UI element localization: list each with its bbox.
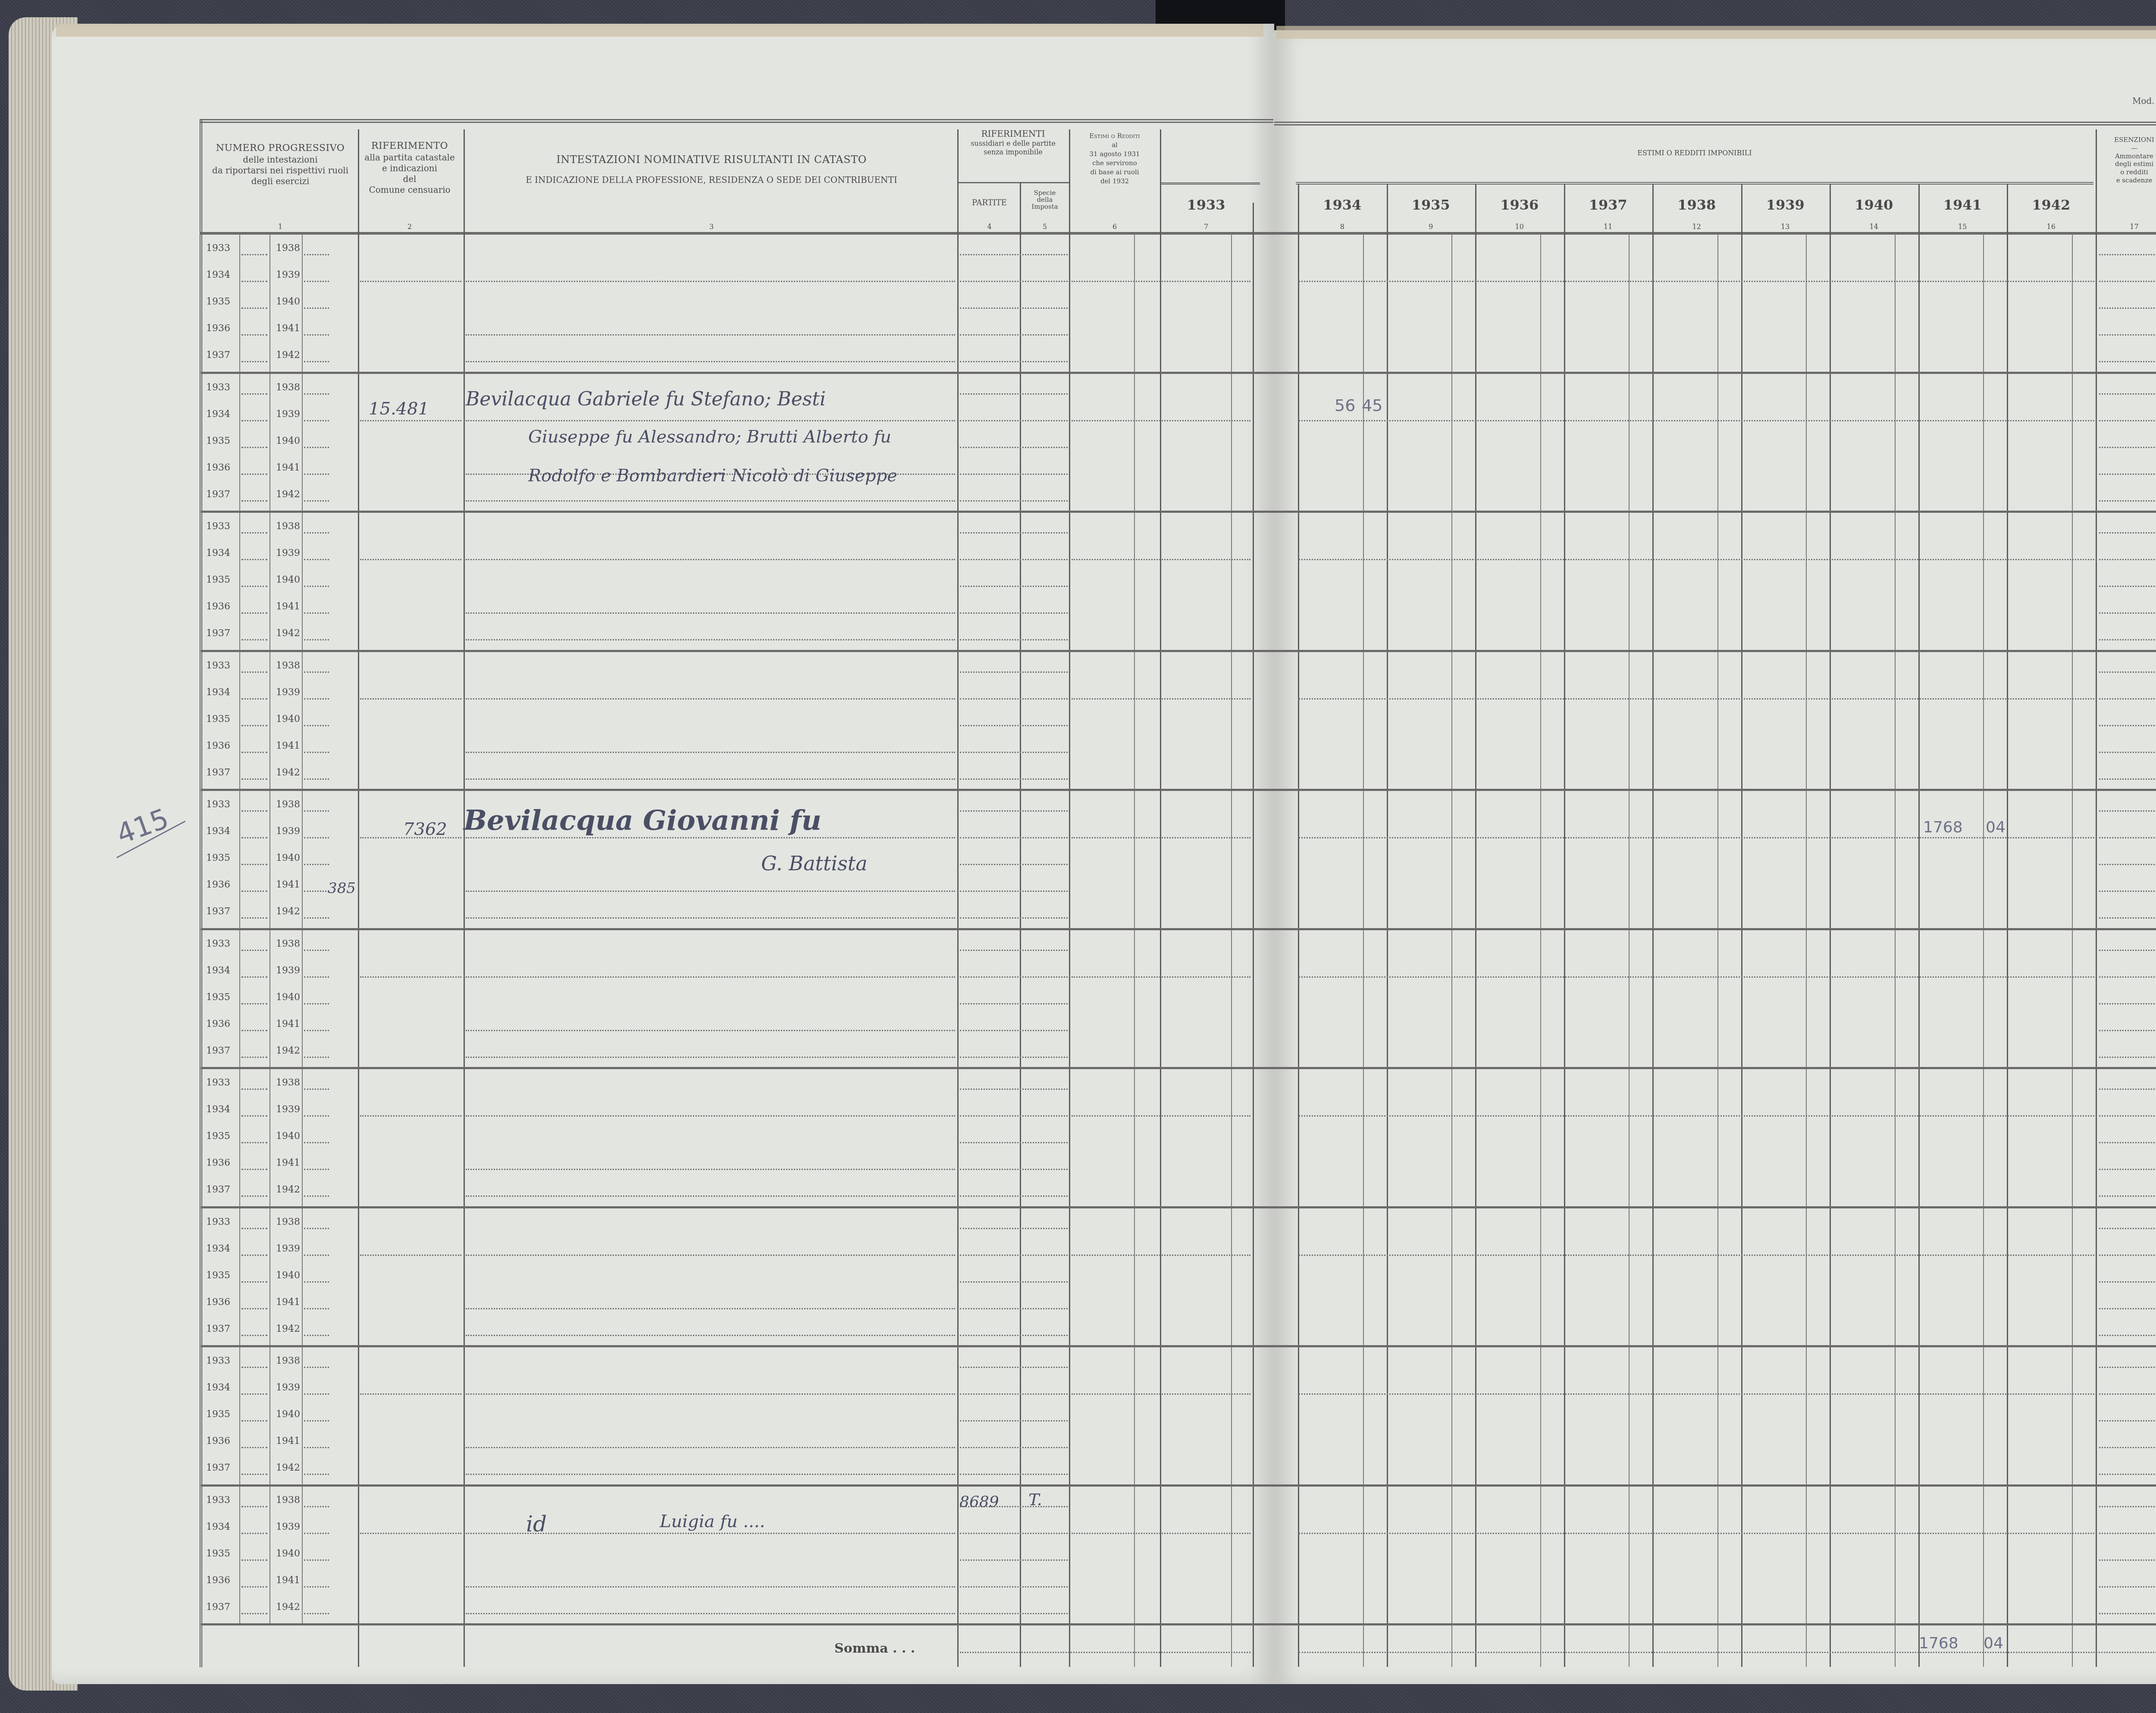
esenzioni-dotted-line: [2099, 474, 2156, 475]
value-dotted-line: [1072, 281, 1250, 282]
row-year-label: 1940: [276, 1409, 300, 1420]
ref-dotted-line: [360, 1255, 461, 1256]
year-dotted-line: [241, 1367, 267, 1368]
year-dotted-line: [241, 1057, 267, 1058]
name-dotted-line: [466, 1474, 955, 1475]
year-dotted-line: [241, 1255, 267, 1256]
row-year-label: 1937: [206, 489, 230, 500]
name-dotted-line: [466, 1613, 955, 1614]
value-dotted-line: [1299, 1115, 2094, 1117]
row-year-label: 1936: [206, 1158, 230, 1168]
ref-dotted-line: [960, 725, 1068, 726]
row-year-label: 1934: [206, 270, 230, 280]
row-year-label: 1941: [276, 1436, 300, 1446]
year-dotted-line: [241, 361, 267, 362]
name-dotted-line: [466, 698, 955, 700]
ref-dotted-line: [960, 917, 1068, 919]
row-year-label: 1940: [276, 992, 300, 1003]
year-dotted-line: [241, 950, 267, 951]
row-year-label: 1942: [276, 1602, 300, 1613]
row-year-label: 1934: [206, 1382, 230, 1393]
year-column-divider: [1918, 185, 1920, 1667]
ref-dotted-line: [960, 837, 1068, 838]
year-dotted-line: [241, 586, 267, 587]
esenzioni-dotted-line: [2099, 1195, 2156, 1197]
cents-divider: [2072, 233, 2073, 1667]
form-model-label: Mod. 111 - Imposte Dirette (Intercalare)…: [2132, 96, 2156, 106]
year-dotted-line: [304, 254, 329, 255]
row-year-label: 1938: [276, 938, 300, 949]
subcolumn-divider: [1134, 1624, 1135, 1667]
cents-divider: [1629, 233, 1630, 1667]
name-dotted-line: [466, 778, 955, 780]
header-col45-divider: [958, 182, 1069, 183]
header-year-1941: 1941: [1918, 196, 2007, 213]
year-dotted-line: [241, 917, 267, 919]
year-dotted-line: [304, 1586, 329, 1588]
block-separator: [201, 1484, 2156, 1487]
name-dotted-line: [466, 1115, 955, 1117]
year-dotted-line: [241, 1142, 267, 1143]
row-year-label: 1933: [206, 1217, 230, 1227]
ref-dotted-line: [960, 1228, 1068, 1229]
year-dotted-line: [241, 500, 267, 502]
year-dotted-line: [241, 837, 267, 838]
esenzioni-dotted-line: [2099, 1281, 2156, 1283]
row-year-label: 1940: [276, 1270, 300, 1281]
value-dotted-line: [1299, 559, 2094, 560]
name-dotted-line: [466, 752, 955, 753]
name-dotted-line: [466, 334, 955, 336]
header-bottom-rule: [200, 232, 2156, 235]
name-dotted-line: [466, 361, 955, 362]
row-year-label: 1939: [276, 965, 300, 976]
year-dotted-line: [241, 810, 267, 812]
year-dotted-line: [241, 671, 267, 673]
year-dotted-line: [241, 1533, 267, 1534]
row-year-label: 1934: [206, 1522, 230, 1532]
year-dotted-line: [304, 1195, 329, 1197]
ref-dotted-line: [960, 1586, 1068, 1588]
ref-dotted-line: [960, 1420, 1068, 1421]
row-year-label: 1941: [276, 740, 300, 751]
esenzioni-dotted-line: [2099, 334, 2156, 336]
esenzioni-dotted-line: [2099, 1228, 2156, 1229]
ref-dotted-line: [960, 586, 1068, 587]
esenzioni-dotted-line: [2099, 671, 2156, 673]
esenzioni-dotted-line: [2099, 837, 2156, 838]
year-dotted-line: [304, 612, 329, 614]
ref-dotted-line: [960, 671, 1068, 673]
cents-divider: [1806, 233, 1807, 1667]
entry1-1934-cents: 45: [1362, 396, 1382, 415]
name-dotted-line: [466, 1030, 955, 1031]
row-year-label: 1935: [206, 1548, 230, 1559]
year-dotted-line: [304, 917, 329, 919]
row-year-label: 1933: [206, 799, 230, 810]
cents-divider: [1983, 233, 1984, 1667]
esenzioni-dotted-line: [2099, 1089, 2156, 1090]
ref-dotted-line: [960, 1281, 1068, 1283]
year-dotted-line: [304, 420, 329, 421]
year-dotted-line: [304, 1255, 329, 1256]
name-dotted-line: [466, 1057, 955, 1058]
header-col-num-8: 8: [1298, 223, 1387, 231]
row-year-label: 1933: [206, 521, 230, 532]
year-dotted-line: [304, 1447, 329, 1448]
ref-dotted-line: [960, 1559, 1068, 1561]
year-dotted-line: [241, 254, 267, 255]
row-year-label: 1937: [206, 906, 230, 917]
esenzioni-dotted-line: [2099, 281, 2156, 282]
ref-dotted-line: [960, 1308, 1068, 1309]
header-col3: INTESTAZIONI NOMINATIVE RISULTANTI IN CA…: [466, 153, 957, 185]
year-column-divider: [2007, 185, 2008, 1667]
year-dotted-line: [241, 1474, 267, 1475]
esenzioni-dotted-line: [2099, 361, 2156, 362]
year-dotted-line: [241, 1003, 267, 1004]
value-dotted-line: [1072, 1533, 1250, 1534]
ref-dotted-line: [960, 334, 1068, 336]
ref-dotted-line: [960, 1089, 1068, 1090]
esenzioni-dotted-line: [2099, 1255, 2156, 1256]
ref-dotted-line: [960, 1057, 1068, 1058]
row-year-label: 1940: [276, 296, 300, 307]
value-dotted-line: [1299, 1533, 2094, 1534]
year-dotted-line: [241, 639, 267, 640]
row-year-label: 1935: [206, 1131, 230, 1142]
ref-dotted-line: [360, 1115, 461, 1117]
row-year-label: 1933: [206, 1077, 230, 1088]
esenzioni-dotted-line: [2099, 917, 2156, 919]
year-dotted-line: [304, 474, 329, 475]
year-dotted-line: [304, 1367, 329, 1368]
ref-dotted-line: [960, 698, 1068, 700]
year-dotted-line: [304, 671, 329, 673]
row-year-label: 1934: [206, 965, 230, 976]
torn-edge-right: [1276, 26, 2156, 39]
name-dotted-line: [466, 639, 955, 640]
year-dotted-line: [241, 559, 267, 560]
esenzioni-dotted-line: [2099, 254, 2156, 255]
column-divider: [1160, 129, 1161, 1667]
esenzioni-dotted-line: [2099, 1169, 2156, 1170]
somma-dotted-line: [960, 1652, 1250, 1653]
row-year-label: 1940: [276, 436, 300, 446]
row-year-label: 1936: [206, 1436, 230, 1446]
year-column-divider: [1298, 185, 1299, 1667]
ref-dotted-line: [960, 361, 1068, 362]
name-dotted-line: [466, 612, 955, 614]
year-dotted-line: [241, 1030, 267, 1031]
year-dotted-line: [304, 639, 329, 640]
year-dotted-line: [304, 1115, 329, 1117]
row-year-label: 1939: [276, 270, 300, 280]
row-year-label: 1942: [276, 1462, 300, 1473]
value-dotted-line: [1299, 281, 2094, 282]
header-col6: Estimi o Redditi al 31 agosto 1931 che s…: [1070, 132, 1159, 186]
row-year-label: 1934: [206, 1243, 230, 1254]
esenzioni-dotted-line: [2099, 1003, 2156, 1004]
row-year-label: 1935: [206, 1270, 230, 1281]
name-dotted-line: [466, 891, 955, 892]
header-col3-num: 3: [466, 223, 957, 231]
value-dotted-line: [1072, 837, 1250, 838]
year-dotted-line: [304, 1308, 329, 1309]
total-1941-cents: 04: [1984, 1635, 2003, 1652]
ref-dotted-line: [960, 1367, 1068, 1368]
left-page: [52, 24, 1274, 1684]
ref-dotted-line: [960, 891, 1068, 892]
year-dotted-line: [241, 891, 267, 892]
row-year-label: 1933: [206, 382, 230, 393]
ref-dotted-line: [360, 976, 461, 978]
somma-dotted-line: [1299, 1652, 2156, 1653]
value-dotted-line: [1072, 420, 1250, 421]
year-dotted-line: [304, 864, 329, 865]
right-page: [1274, 30, 2156, 1684]
year-dotted-line: [241, 1559, 267, 1561]
row-year-label: 1941: [276, 601, 300, 612]
block-separator: [201, 1206, 2156, 1208]
header-year-1938: 1938: [1652, 196, 1741, 213]
year-dotted-line: [304, 1030, 329, 1031]
row-year-label: 1939: [276, 1522, 300, 1532]
esenzioni-dotted-line: [2099, 500, 2156, 502]
entry2-1941-value: 1768: [1923, 819, 1963, 836]
ref-dotted-line: [960, 307, 1068, 309]
cents-divider: [1895, 233, 1896, 1667]
ref-dotted-line: [960, 420, 1068, 421]
block-separator: [201, 789, 2156, 791]
block-separator: [201, 650, 2156, 652]
row-year-label: 1935: [206, 714, 230, 725]
year-dotted-line: [304, 698, 329, 700]
header-col-num-11: 11: [1564, 223, 1653, 231]
row-year-label: 1934: [206, 826, 230, 837]
ref-dotted-line: [360, 420, 461, 421]
ref-dotted-line: [960, 1195, 1068, 1197]
entry2-name-line1: Bevilacqua Giovanni fu: [464, 804, 821, 837]
year-dotted-line: [304, 500, 329, 502]
esenzioni-dotted-line: [2099, 1447, 2156, 1448]
header-year-1933: 1933: [1161, 196, 1251, 213]
year-dotted-line: [304, 1142, 329, 1143]
year-dotted-line: [304, 950, 329, 951]
row-year-label: 1940: [276, 574, 300, 585]
row-year-label: 1939: [276, 409, 300, 420]
row-year-label: 1934: [206, 409, 230, 420]
value-dotted-line: [1072, 559, 1250, 560]
value-dotted-line: [1072, 1255, 1250, 1256]
header-specie: Specie della Imposta: [1021, 190, 1069, 210]
row-year-label: 1936: [206, 879, 230, 890]
row-year-label: 1937: [206, 1045, 230, 1056]
ref-dotted-line: [360, 698, 461, 700]
year-dotted-line: [241, 281, 267, 282]
header-col-num-13: 13: [1741, 223, 1830, 231]
year-dotted-line: [304, 1559, 329, 1561]
header-year-1937: 1937: [1564, 196, 1653, 213]
ref-dotted-line: [360, 1393, 461, 1395]
esenzioni-dotted-line: [2099, 752, 2156, 753]
esenzioni-dotted-line: [2099, 778, 2156, 780]
value-dotted-line: [1299, 837, 2094, 838]
row-year-label: 1939: [276, 548, 300, 558]
block-separator: [201, 1623, 2156, 1625]
year-dotted-line: [241, 420, 267, 421]
year-dotted-line: [241, 1195, 267, 1197]
row-year-label: 1935: [206, 574, 230, 585]
entry1-name-line3: Rodolfo e Bombardieri Nicolò di Giuseppe: [528, 466, 897, 486]
name-dotted-line: [466, 281, 955, 282]
esenzioni-dotted-line: [2099, 1420, 2156, 1421]
row-year-label: 1942: [276, 1045, 300, 1056]
year-column-divider: [1741, 185, 1742, 1667]
year-dotted-line: [304, 1474, 329, 1475]
header-col-num-15: 15: [1918, 223, 2007, 231]
year-dotted-line: [304, 1420, 329, 1421]
header-col2: RIFERIMENTO alla partita catastale e ind…: [360, 140, 459, 195]
year-dotted-line: [241, 1613, 267, 1614]
ref-dotted-line: [960, 864, 1068, 865]
year-dotted-line: [304, 1228, 329, 1229]
row-year-label: 1941: [276, 1019, 300, 1029]
esenzioni-dotted-line: [2099, 864, 2156, 865]
header-col4-num: 4: [958, 223, 1021, 231]
row-year-label: 1942: [276, 1184, 300, 1195]
block-separator: [201, 928, 2156, 930]
name-dotted-line: [466, 559, 955, 560]
year-column-divider: [1830, 185, 1831, 1667]
row-year-label: 1940: [276, 714, 300, 725]
column-divider: [358, 129, 359, 1667]
ref-dotted-line: [960, 810, 1068, 812]
ref-dotted-line: [960, 1393, 1068, 1395]
row-year-label: 1937: [206, 350, 230, 361]
year-dotted-line: [304, 281, 329, 282]
row-year-label: 1942: [276, 489, 300, 500]
year-dotted-line: [304, 559, 329, 560]
header-col-num-12: 12: [1652, 223, 1741, 231]
header-year-1940: 1940: [1830, 196, 1918, 213]
value-dotted-line: [1299, 1393, 2094, 1395]
year-dotted-line: [241, 778, 267, 780]
header-col45: RIFERIMENTI sussidiari e delle partite s…: [958, 129, 1068, 157]
row-year-label: 1935: [206, 436, 230, 446]
row-year-label: 1941: [276, 1297, 300, 1308]
row-year-label: 1942: [276, 350, 300, 361]
ref-dotted-line: [960, 254, 1068, 255]
esenzioni-dotted-line: [2099, 639, 2156, 640]
year-column-divider: [1652, 185, 1654, 1667]
year-dotted-line: [241, 1169, 267, 1170]
value-dotted-line: [1072, 698, 1250, 700]
esenzioni-dotted-line: [2099, 1115, 2156, 1117]
row-year-label: 1937: [206, 1462, 230, 1473]
block-separator: [201, 1067, 2156, 1069]
year-dotted-line: [241, 698, 267, 700]
year-dotted-line: [304, 1089, 329, 1090]
row-year-label: 1938: [276, 243, 300, 254]
year-dotted-line: [304, 1613, 329, 1614]
name-dotted-line: [466, 1308, 955, 1309]
row-year-label: 1938: [276, 660, 300, 671]
row-year-label: 1933: [206, 1495, 230, 1506]
header-col-num-16: 16: [2007, 223, 2096, 231]
esenzioni-dotted-line: [2099, 612, 2156, 614]
header-year-1934: 1934: [1298, 196, 1387, 213]
year-dotted-line: [241, 1506, 267, 1507]
esenzioni-dotted-line: [2099, 1057, 2156, 1058]
esenzioni-dotted-line: [2099, 307, 2156, 309]
header-col17: ESENZIONI — Ammontare degli estimi o red…: [2096, 136, 2156, 185]
row-year-label: 1939: [276, 826, 300, 837]
ref-dotted-line: [960, 1447, 1068, 1448]
table-left-border: [200, 119, 202, 1667]
year-dotted-line: [241, 1115, 267, 1117]
row-year-label: 1933: [206, 938, 230, 949]
ref-dotted-line: [960, 532, 1068, 533]
year-dotted-line: [304, 1335, 329, 1336]
esenzioni-dotted-line: [2099, 1613, 2156, 1614]
row-year-label: 1938: [276, 382, 300, 393]
name-dotted-line: [466, 1447, 955, 1448]
esenzioni-dotted-line: [2099, 447, 2156, 448]
row-year-label: 1934: [206, 687, 230, 698]
year-dotted-line: [304, 447, 329, 448]
row-year-label: 1937: [206, 767, 230, 778]
somma-label: Somma . . .: [834, 1641, 915, 1656]
header-year-1936: 1936: [1475, 196, 1564, 213]
row-year-label: 1942: [276, 767, 300, 778]
header-col7-rule: [1161, 182, 1260, 185]
year-column-divider: [2096, 129, 2097, 1667]
row-year-label: 1936: [206, 740, 230, 751]
year-dotted-line: [304, 586, 329, 587]
row-year-label: 1941: [276, 1575, 300, 1586]
row-year-label: 1936: [206, 323, 230, 334]
row-year-label: 1935: [206, 853, 230, 863]
year-dotted-line: [241, 1281, 267, 1283]
row-year-label: 1936: [206, 1019, 230, 1029]
esenzioni-dotted-line: [2099, 1308, 2156, 1309]
entry3-name-line: Luigia fu ....: [660, 1512, 765, 1531]
esenzioni-dotted-line: [2099, 1335, 2156, 1336]
block-separator: [201, 511, 2156, 513]
ref-dotted-line: [960, 752, 1068, 753]
header-col1-num: 1: [203, 223, 358, 231]
ref-dotted-line: [960, 1533, 1068, 1534]
ref-dotted-line: [360, 1533, 461, 1534]
year-dotted-line: [241, 307, 267, 309]
esenzioni-dotted-line: [2099, 1559, 2156, 1561]
year-dotted-line: [241, 1335, 267, 1336]
row-year-label: 1933: [206, 243, 230, 254]
year-dotted-line: [241, 976, 267, 978]
esenzioni-dotted-line: [2099, 1586, 2156, 1588]
row-year-label: 1933: [206, 660, 230, 671]
esenzioni-dotted-line: [2099, 559, 2156, 560]
row-year-label: 1937: [206, 1184, 230, 1195]
year-dotted-line: [304, 307, 329, 309]
header-year-1942: 1942: [2007, 196, 2096, 213]
ref-dotted-line: [960, 1613, 1068, 1614]
header-col5-num: 5: [1021, 223, 1069, 231]
year-dotted-line: [304, 891, 329, 892]
ref-dotted-line: [960, 1142, 1068, 1143]
year-dotted-line: [241, 725, 267, 726]
